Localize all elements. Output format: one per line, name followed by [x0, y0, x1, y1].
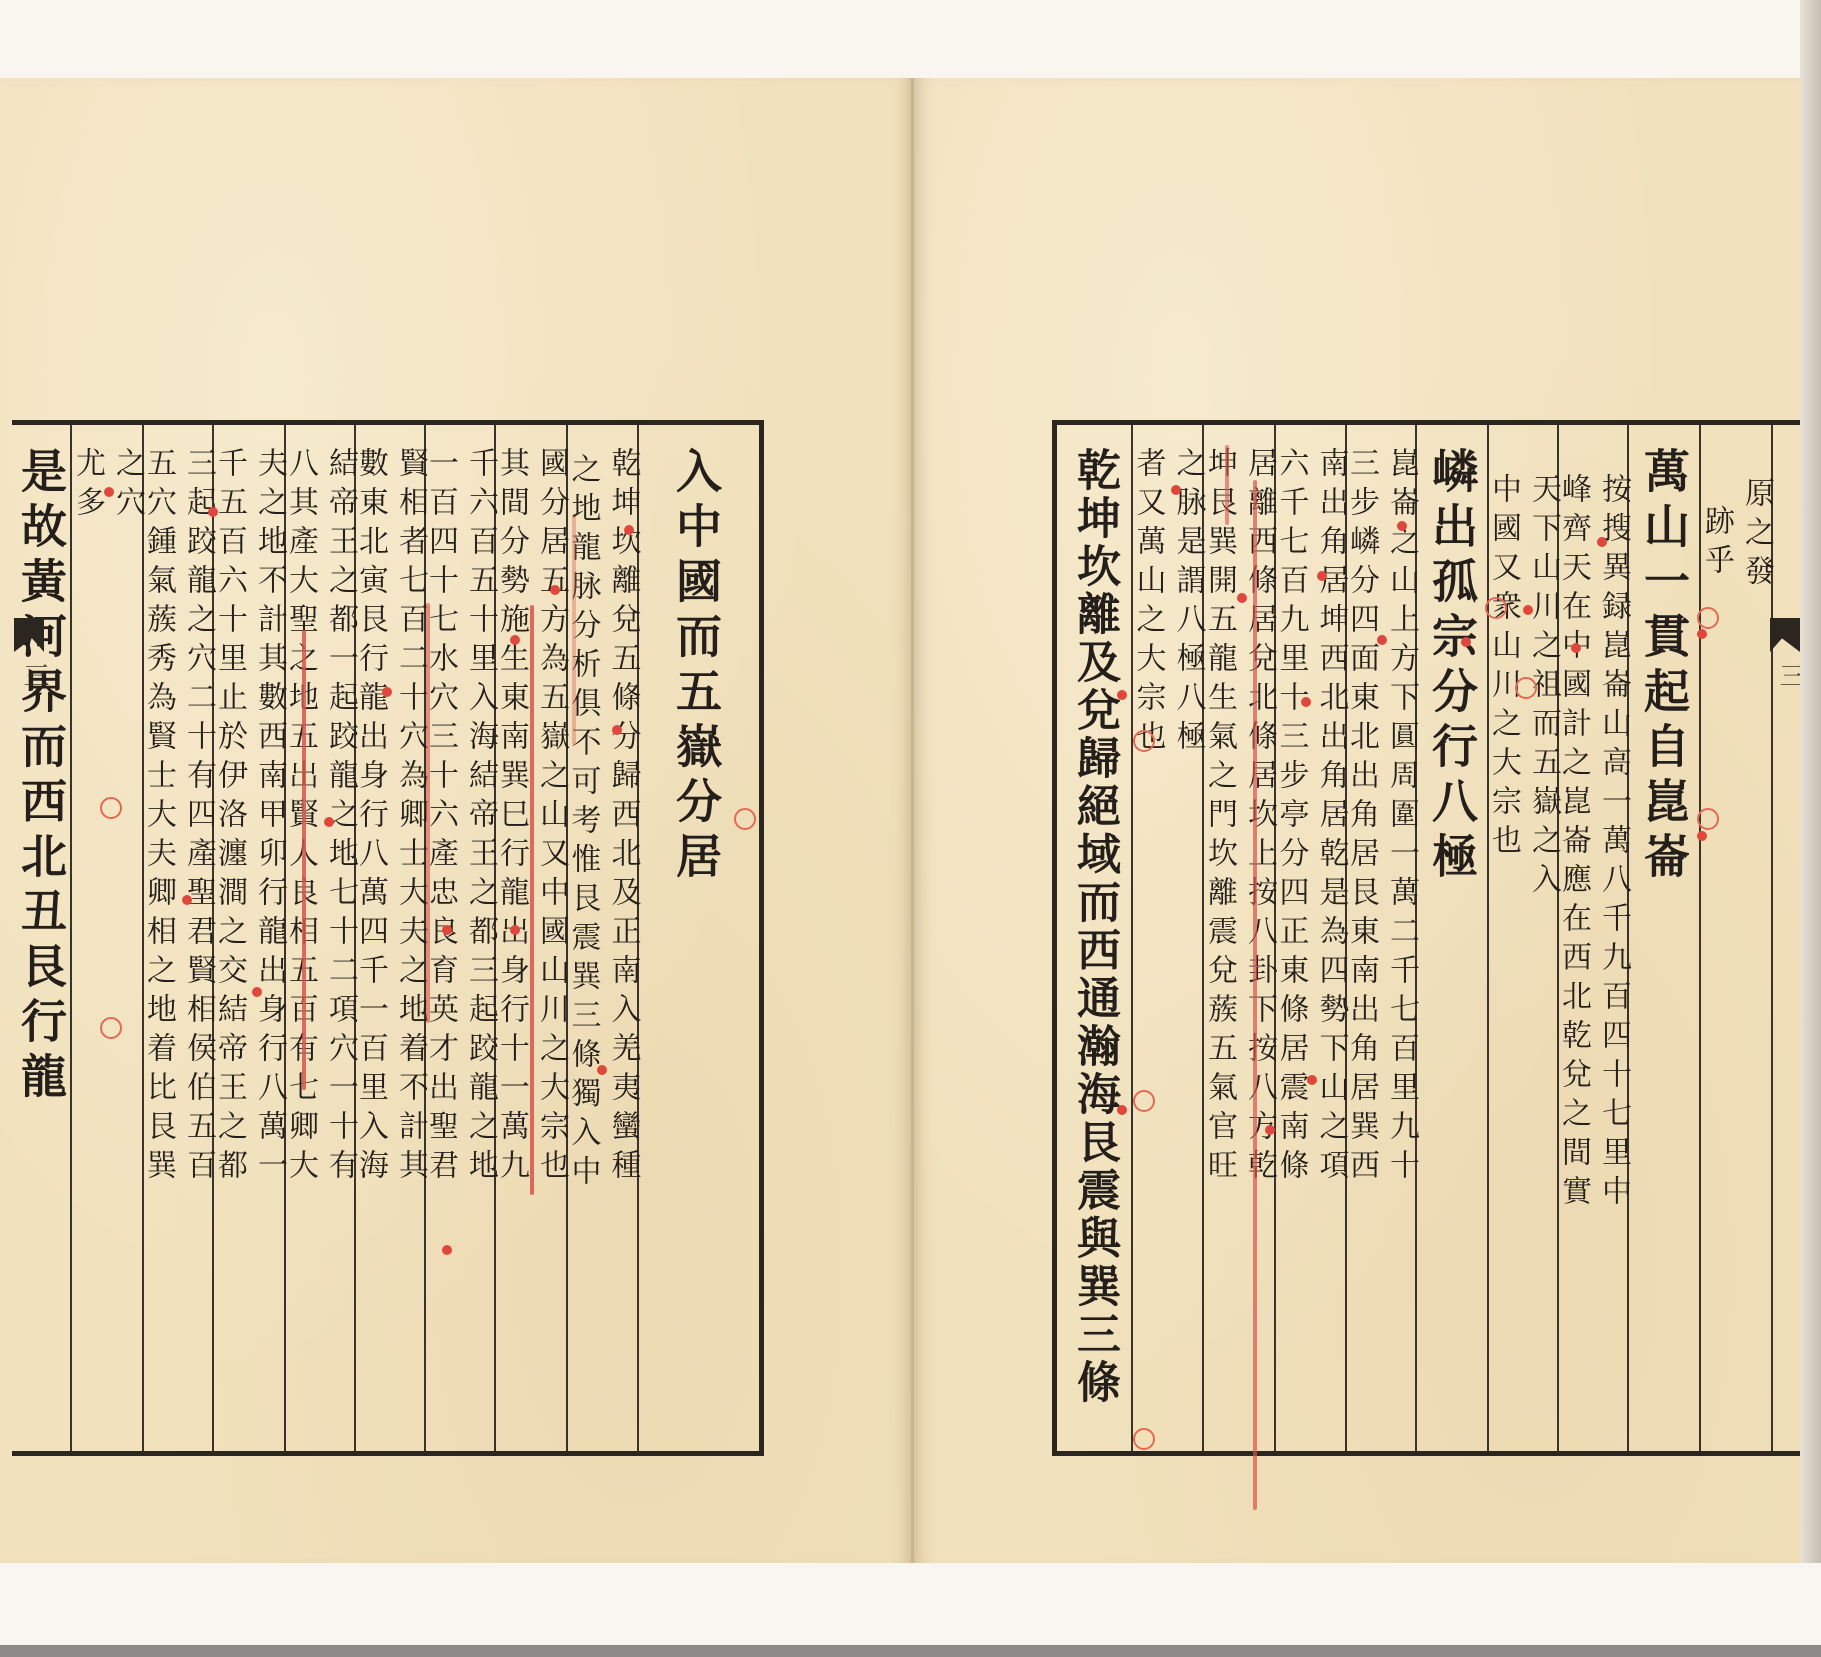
commentary-line-left: 數東北寅艮行龍出身行八萬四千一百里入海: [353, 447, 387, 1188]
commentary-line-right: 千六百五十里入海結帝王之都三起跤龍之地: [463, 447, 497, 1188]
commentary-line-left: 五穴鍾氣蔟秀為賢士大夫卿相之地着比艮巽: [141, 447, 175, 1188]
red-annotation-dot: [612, 725, 622, 735]
commentary-line-left: 跡乎: [1699, 477, 1733, 594]
red-annotation-circle: [1697, 808, 1719, 830]
red-annotation-dot: [1397, 521, 1407, 531]
red-annotation-circle: [1133, 1090, 1155, 1112]
commentary-column: 結帝王之都一起跤龍之地七十二項穴一十有 八其產大聖之地五出賢人良相五百有七卿大: [286, 425, 354, 1451]
red-annotation-dot: [1597, 537, 1607, 547]
commentary-line-left: 之地龍脉分析俱不可考惟艮震巽三條獨入中: [566, 447, 600, 1194]
right-book-edge: [1800, 0, 1821, 1657]
red-annotation-line: [426, 603, 430, 1023]
commentary-line-right: 國分居五方為五嶽之山又中國山川之大宗也: [534, 447, 568, 1188]
red-annotation-dot: [550, 585, 560, 595]
commentary-column: 居離西條居兌北條居坎上按八卦下按八方乾 坤艮巽開五龍生氣之門坎離震兌蔟五氣官旺: [1204, 425, 1274, 1451]
commentary-column: 按搜異録崑崙山高一萬八千九百四十七里中 峰齊天在中國計之崑崙應在西北乾兌之間實: [1559, 425, 1627, 1451]
red-annotation-circle: [734, 808, 756, 830]
red-annotation-dot: [1307, 1075, 1317, 1085]
heading-column: 嶙出孤宗分行八極: [1417, 425, 1487, 1451]
red-annotation-dot: [182, 895, 192, 905]
red-annotation-dot: [1117, 1105, 1127, 1115]
commentary-column: 天下山川之祖而五嶽之入 中國又衆山川之大宗也: [1489, 425, 1557, 1451]
red-annotation-dot: [382, 687, 392, 697]
red-annotation-dot: [1461, 637, 1471, 647]
red-annotation-dot: [1523, 605, 1533, 615]
commentary-line-left: 千五百六十里止於伊洛瀍澗之交結帝王之都: [212, 447, 246, 1188]
red-annotation-circle: [100, 797, 122, 819]
red-annotation-circle: [1133, 1428, 1155, 1450]
commentary-line-right: 乾坤坎離兌五條分歸西北及正南入羌夷蠻種: [606, 447, 640, 1194]
commentary-line-right: 原之發: [1739, 477, 1773, 594]
red-annotation-dot: [1117, 690, 1127, 700]
heading-text: 入中國而五嶽分居: [663, 447, 729, 887]
heading-column: 是故黃河界而西北丑艮行龍: [12, 425, 70, 1451]
red-annotation-line: [572, 515, 576, 745]
red-annotation-dot: [208, 507, 218, 517]
red-annotation-dot: [324, 817, 334, 827]
commentary-line-left: 者又萬山之大宗也: [1131, 447, 1165, 759]
red-annotation-dot: [1265, 1125, 1275, 1135]
heading-text: 嶙出孤宗分行八極: [1419, 447, 1485, 887]
red-annotation-line: [302, 630, 306, 1090]
scan-bottom-edge: [0, 1645, 1821, 1657]
red-annotation-dot: [252, 987, 262, 997]
right-page-text-block: 原之發 跡乎 萬山一貫起自崑崙 按搜異録崑崙山高一萬八千九百四十七里中 峰齊天在…: [1052, 420, 1800, 1456]
red-annotation-dot: [1571, 643, 1581, 653]
commentary-line-right: 賢相者七百二十穴為卿士大夫之地着不計其: [393, 447, 427, 1188]
commentary-column: 之穴 尤多: [72, 425, 142, 1451]
commentary-column: 三起跤龍之穴二十有四產聖君賢相侯伯五百 五穴鍾氣蔟秀為賢士大夫卿相之地着比艮巽: [144, 425, 212, 1451]
red-annotation-dot: [1237, 593, 1247, 603]
red-annotation-dot: [624, 525, 634, 535]
red-annotation-circle: [100, 1017, 122, 1039]
bottom-margin: [0, 1563, 1821, 1657]
red-annotation-circle: [1515, 677, 1537, 699]
red-annotation-dot: [510, 925, 520, 935]
commentary-column: 乾坤坎離兌五條分歸西北及正南入羌夷蠻種 之地龍脉分析俱不可考惟艮震巽三條獨入中: [568, 425, 637, 1451]
heading-text: 是故黃河界而西北丑艮行龍: [8, 447, 74, 1107]
commentary-line-left: 尤多: [70, 447, 104, 525]
commentary-line-left: 三步嶙分四面東北出角居艮東南出角居巽西: [1344, 447, 1378, 1188]
red-annotation-dot: [1377, 635, 1387, 645]
commentary-line-left: 八其產大聖之地五出賢人良相五百有七卿大: [283, 447, 317, 1188]
heading-column: 萬山一貫起自崑崙: [1629, 425, 1699, 1451]
red-annotation-circle: [1485, 597, 1507, 619]
commentary-line-right: 崑崙之山上方下圓周圍一萬二千七百里九十: [1384, 447, 1418, 1188]
red-annotation-line: [1225, 445, 1229, 525]
commentary-column: 千六百五十里入海結帝王之都三起跤龍之地 一百四十七水穴三十六產忠良育英才出聖君: [426, 425, 494, 1451]
commentary-line-right: 夫之地不計其數西南甲卯行龍出身行八萬一: [252, 447, 286, 1188]
commentary-column: 賢相者七百二十穴為卿士大夫之地着不計其 數東北寅艮行龍出身行八萬四千一百里入海: [356, 425, 424, 1451]
commentary-column: 夫之地不計其數西南甲卯行龍出身行八萬一 千五百六十里止於伊洛瀍澗之交結帝王之都: [214, 425, 284, 1451]
heading-column: 乾坤坎離及兌歸絕域而西通瀚海艮震與巽三條: [1057, 425, 1131, 1451]
red-annotation-circle: [1133, 730, 1155, 752]
red-annotation-dot: [104, 487, 114, 497]
red-annotation-dot: [1317, 571, 1327, 581]
commentary-line-left: 峰齊天在中國計之崑崙應在西北乾兌之間實: [1556, 473, 1590, 1214]
red-annotation-dot: [442, 1245, 452, 1255]
red-annotation-circle: [1697, 607, 1719, 629]
heading-column: 入中國而五嶽分居: [640, 425, 752, 1451]
commentary-column: 原之發 跡乎: [1701, 425, 1771, 1451]
top-margin: [0, 0, 1821, 82]
red-annotation-dot: [1697, 629, 1707, 639]
red-annotation-dot: [1171, 485, 1181, 495]
red-annotation-line: [1253, 480, 1257, 1510]
commentary-column: 崑崙之山上方下圓周圍一萬二千七百里九十 三步嶙分四面東北出角居艮東南出角居巽西: [1347, 425, 1415, 1451]
red-annotation-dot: [510, 635, 520, 645]
margin-page-label: 三: [16, 662, 53, 688]
commentary-line-left: 六千七百九里十三步亭分四正東條居震南條: [1274, 447, 1308, 1188]
commentary-line-left: 其間分勢施生東南巽巳行龍出身行十一萬九: [494, 447, 528, 1188]
heading-text: 萬山一貫起自崑崙: [1631, 447, 1697, 887]
red-annotation-dot: [442, 925, 452, 935]
left-page-text-block: 入中國而五嶽分居 乾坤坎離兌五條分歸西北及正南入羌夷蠻種 之地龍脉分析俱不可考惟…: [12, 420, 764, 1456]
red-annotation-dot: [1697, 831, 1707, 841]
commentary-line-right: 居離西條居兌北條居坎上按八卦下按八方乾: [1242, 447, 1276, 1188]
commentary-column: 南出角居坤西北出角居乾是為四勢下山之項 六千七百九里十三步亭分四正東條居震南條: [1276, 425, 1345, 1451]
commentary-line-right: 按搜異録崑崙山高一萬八千九百四十七里中: [1596, 473, 1630, 1214]
commentary-line-right: 三起跤龍之穴二十有四產聖君賢相侯伯五百: [181, 447, 215, 1188]
commentary-line-right: 之穴: [110, 447, 144, 525]
commentary-line-right: 南出角居坤西北出角居乾是為四勢下山之項: [1314, 447, 1348, 1188]
heading-text: 乾坤坎離及兌歸絕域而西通瀚海艮震與巽三條: [1062, 447, 1126, 1407]
red-annotation-line: [530, 605, 534, 1195]
commentary-line-left: 坤艮巽開五龍生氣之門坎離震兌蔟五氣官旺: [1202, 447, 1236, 1188]
commentary-column: 之脉是謂八極八極 者又萬山之大宗也: [1133, 425, 1202, 1451]
red-annotation-dot: [597, 1065, 607, 1075]
red-annotation-dot: [1301, 697, 1311, 707]
